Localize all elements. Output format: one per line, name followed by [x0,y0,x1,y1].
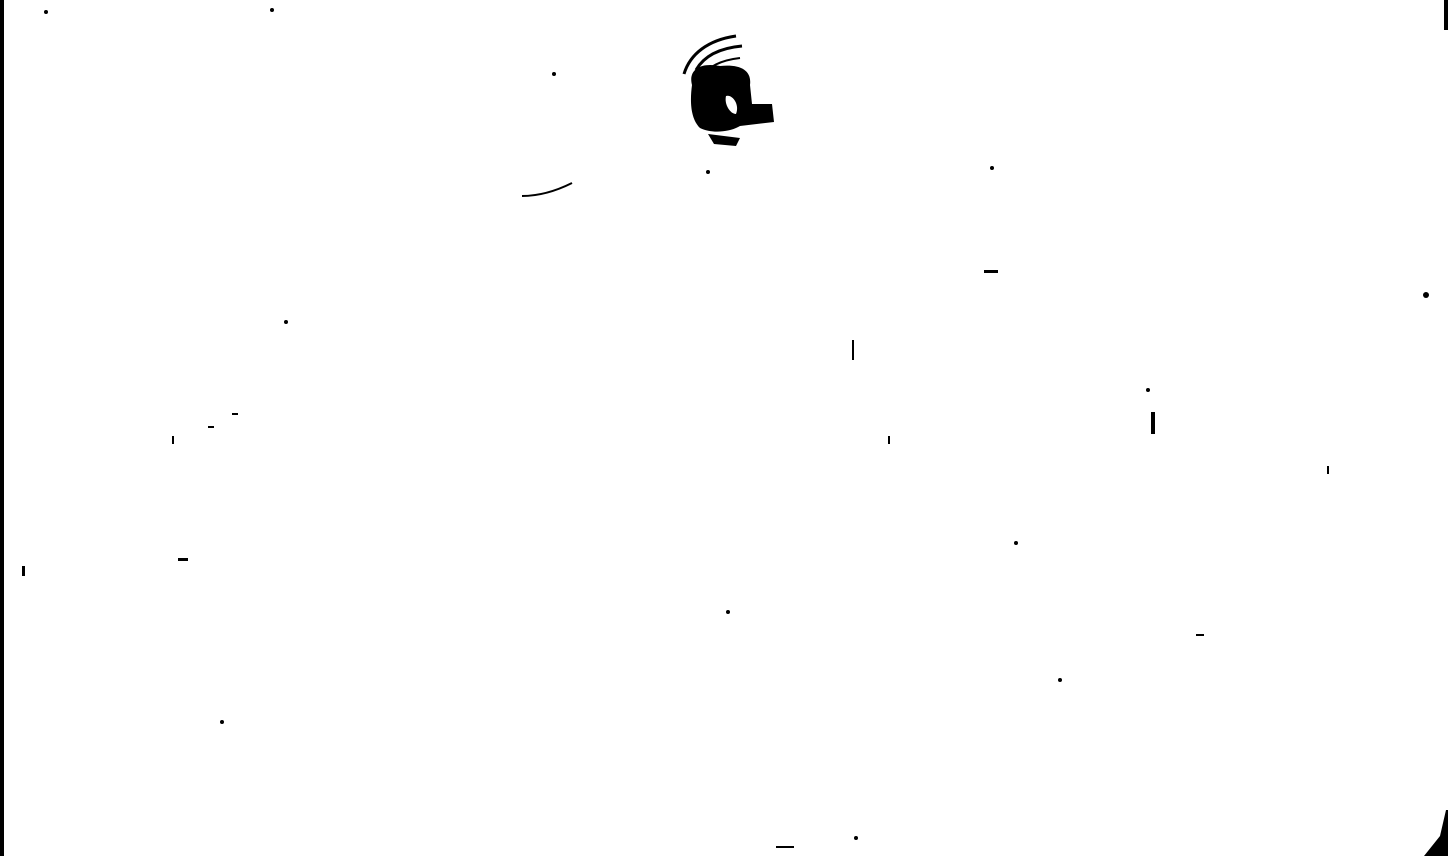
corner-shadow [1424,810,1448,856]
image-marks [0,0,1448,856]
left-edge-border [0,0,4,856]
binarized-image [0,0,1448,856]
specks [22,8,1429,848]
arc-stroke [522,183,572,196]
dark-blob [684,36,774,146]
